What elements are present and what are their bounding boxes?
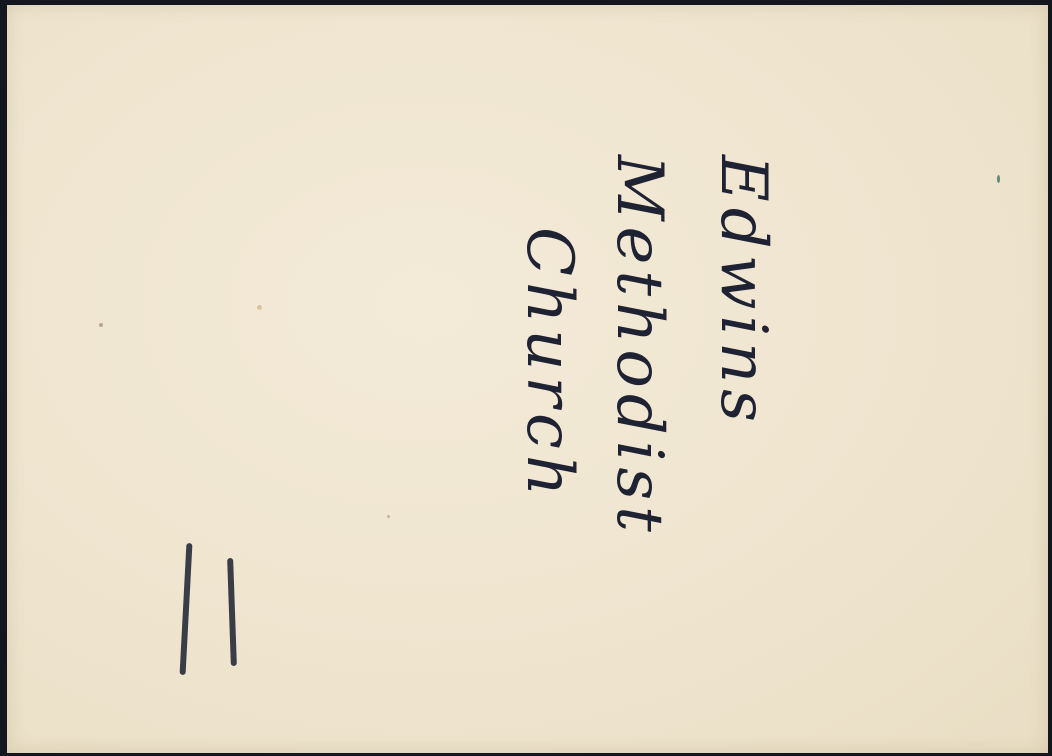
- mark-stroke: [180, 543, 193, 675]
- paper-speck: [997, 175, 1000, 183]
- paper-speck: [99, 323, 103, 327]
- inscription-line-3: Church: [517, 227, 581, 502]
- inscription-line-1: Edwins: [711, 155, 775, 428]
- mark-stroke: [227, 558, 237, 666]
- photo-card-back: Edwins Methodist Church: [7, 5, 1048, 753]
- inscription-line-2: Methodist: [607, 155, 671, 538]
- paper-speck: [257, 305, 262, 310]
- paper-speck: [387, 515, 390, 518]
